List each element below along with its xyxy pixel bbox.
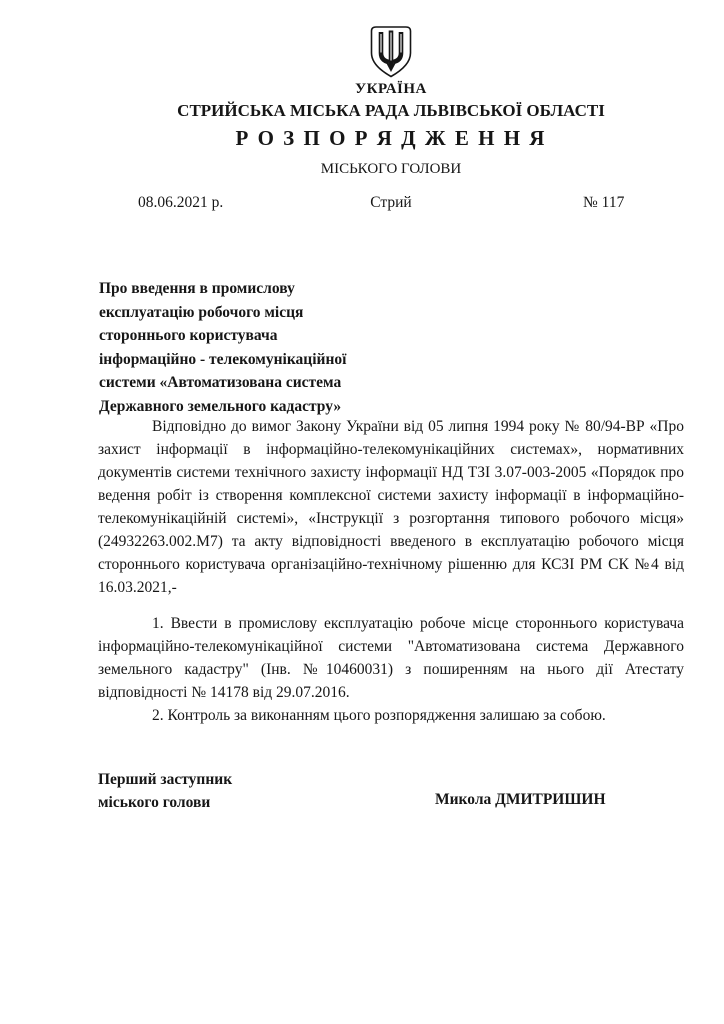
ukraine-trident-emblem-icon — [368, 24, 414, 80]
signature-name: Микола ДМИТРИШИН — [435, 791, 606, 809]
body-items: 1. Ввести в промислову експлуатацію робо… — [98, 612, 684, 727]
subject-text: Про введення в промислову експлуатацію р… — [99, 277, 439, 418]
document-page: УКРАЇНА СТРИЙСЬКА МІСЬКА РАДА ЛЬВІВСЬКОЇ… — [0, 0, 724, 1024]
body-item-1: 1. Ввести в промислову експлуатацію робо… — [98, 612, 684, 704]
document-type-title: Р О З П О Р Я Д Ж Е Н Н Я — [97, 126, 685, 151]
body-item-2: 2. Контроль за виконанням цього розпоряд… — [98, 704, 684, 727]
signature-position: Перший заступник міського голови — [98, 769, 232, 814]
country-label: УКРАЇНА — [97, 81, 685, 98]
organization-name: СТРИЙСЬКА МІСЬКА РАДА ЛЬВІВСЬКОЇ ОБЛАСТІ — [97, 101, 685, 121]
document-number: № 117 — [583, 194, 624, 212]
emblem-container — [97, 24, 685, 85]
document-subtype: МІСЬКОГО ГОЛОВИ — [97, 161, 685, 178]
body-paragraph: Відповідно до вимог Закону України від 0… — [98, 415, 684, 599]
